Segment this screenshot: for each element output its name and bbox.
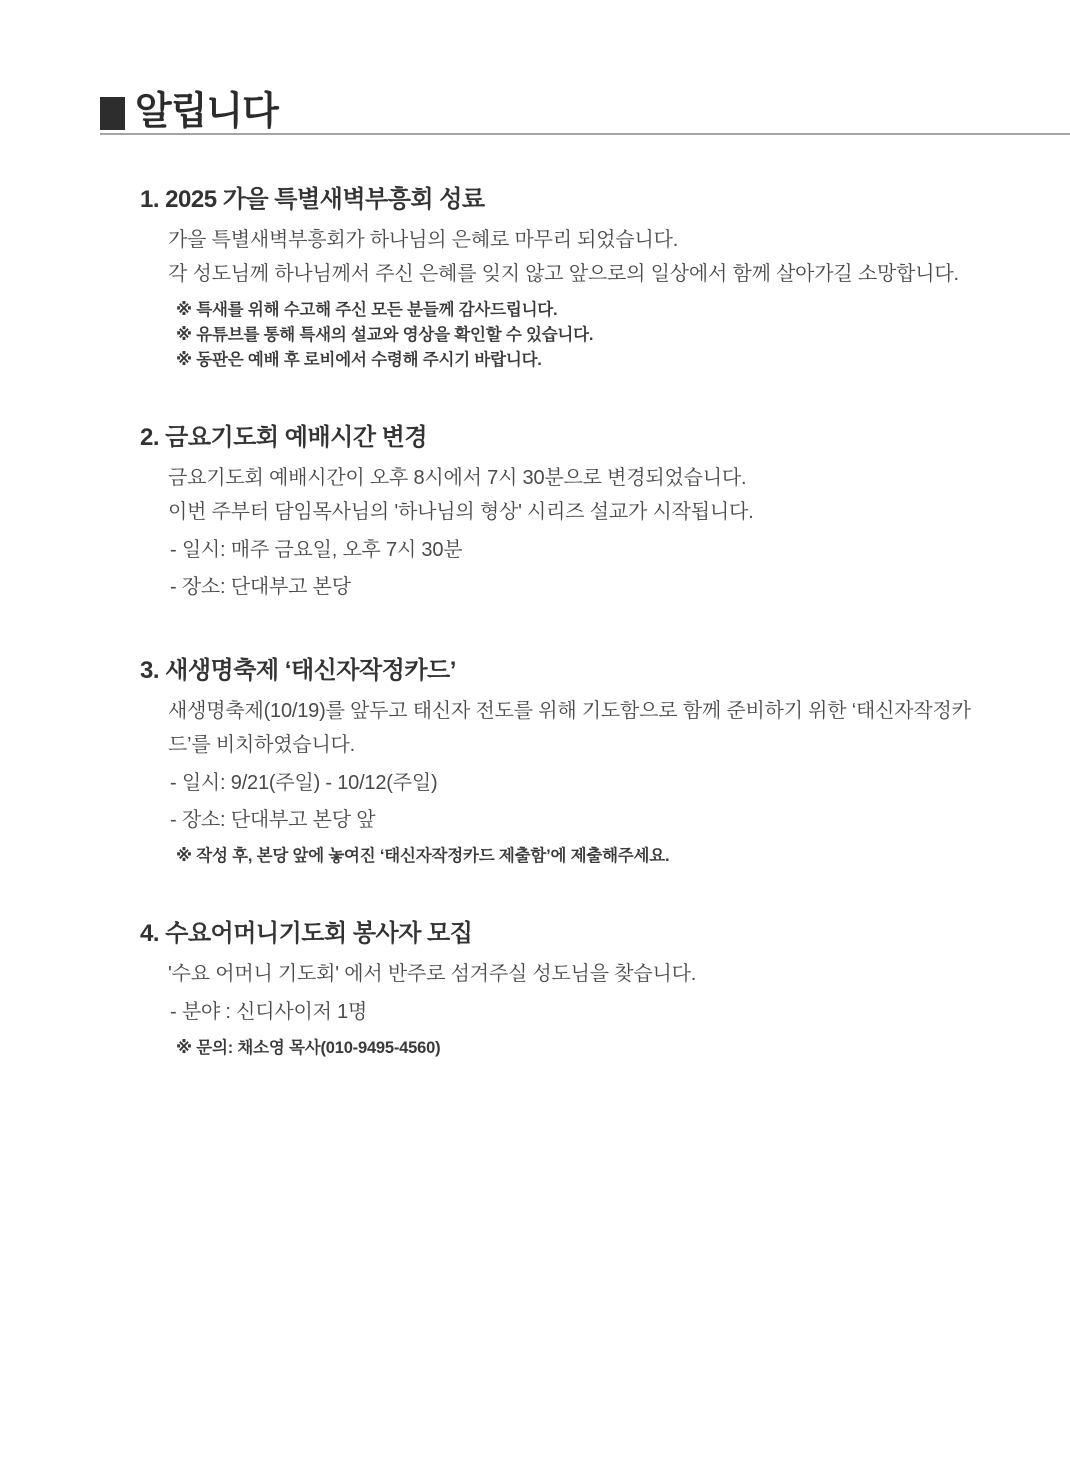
announcement-sections: 1. 2025 가을 특별새벽부흥회 성료 가을 특별새벽부흥회가 하나님의 은… [140,185,1040,1061]
section-new-life-festival-card: 3. 새생명축제 ‘태신자작정카드’ 새생명축제(10/19)를 앞두고 태신자… [140,656,1040,869]
section-heading: 4. 수요어머니기도회 봉사자 모집 [140,919,1040,949]
note-line: ※ 작성 후, 본당 앞에 놓여진 ‘태신자작정카드 제출함’에 제출해주세요. [176,844,1040,869]
section-paragraphs: 새생명축제(10/19)를 앞두고 태신자 전도를 위해 기도함으로 함께 준비… [140,694,1040,762]
announcement-paragraph: '수요 어머니 기도회' 에서 반주로 섬겨주실 성도님을 찾습니다. [168,957,1008,991]
detail-line: - 일시: 매주 금요일, 오후 7시 30분 [170,532,1040,569]
section-paragraphs: 금요기도회 예배시간이 오후 8시에서 7시 30분으로 변경되었습니다. 이번… [140,461,1040,529]
note-line: ※ 문의: 채소영 목사(010-9495-4560) [176,1036,1040,1061]
note-line: ※ 특새를 위해 수고해 주신 모든 분들께 감사드립니다. [176,298,1040,323]
announcement-document: 알립니다 1. 2025 가을 특별새벽부흥회 성료 가을 특별새벽부흥회가 하… [0,0,1070,1061]
note-line: ※ 유튜브를 통해 특새의 설교와 영상을 확인할 수 있습니다. [176,323,1040,348]
section-fall-revival: 1. 2025 가을 특별새벽부흥회 성료 가을 특별새벽부흥회가 하나님의 은… [140,185,1040,373]
page-title: 알립니다 [135,94,278,131]
title-bullet-square-icon [100,97,125,130]
section-details: - 일시: 9/21(주일) - 10/12(주일) - 장소: 단대부고 본당… [140,765,1040,839]
section-paragraphs: '수요 어머니 기도회' 에서 반주로 섬겨주실 성도님을 찾습니다. [140,957,1040,991]
announcement-paragraph: 이번 주부터 담임목사님의 '하나님의 형상' 시리즈 설교가 시작됩니다. [168,495,1008,529]
announcement-paragraph: 가을 특별새벽부흥회가 하나님의 은혜로 마무리 되었습니다. [168,223,1008,257]
section-heading: 1. 2025 가을 특별새벽부흥회 성료 [140,185,1040,215]
detail-line: - 장소: 단대부고 본당 [170,569,1040,606]
announcement-paragraph: 새생명축제(10/19)를 앞두고 태신자 전도를 위해 기도함으로 함께 준비… [168,694,1008,762]
detail-line: - 분야 : 신디사이저 1명 [170,994,1040,1031]
section-heading: 3. 새생명축제 ‘태신자작정카드’ [140,656,1040,686]
detail-line: - 일시: 9/21(주일) - 10/12(주일) [170,765,1040,802]
announcement-paragraph: 각 성도님께 하나님께서 주신 은혜를 잊지 않고 앞으로의 일상에서 함께 살… [168,257,1008,291]
section-paragraphs: 가을 특별새벽부흥회가 하나님의 은혜로 마무리 되었습니다. 각 성도님께 하… [140,223,1040,291]
section-wednesday-mothers-prayer-volunteers: 4. 수요어머니기도회 봉사자 모집 '수요 어머니 기도회' 에서 반주로 섬… [140,919,1040,1061]
announcement-paragraph: 금요기도회 예배시간이 오후 8시에서 7시 30분으로 변경되었습니다. [168,461,1008,495]
section-notes: ※ 문의: 채소영 목사(010-9495-4560) [140,1036,1040,1061]
section-heading: 2. 금요기도회 예배시간 변경 [140,423,1040,453]
section-notes: ※ 특새를 위해 수고해 주신 모든 분들께 감사드립니다. ※ 유튜브를 통해… [140,298,1040,373]
section-details: - 일시: 매주 금요일, 오후 7시 30분 - 장소: 단대부고 본당 [140,532,1040,606]
detail-line: - 장소: 단대부고 본당 앞 [170,802,1040,839]
document-header: 알립니다 [100,94,1070,135]
note-line: ※ 동판은 예배 후 로비에서 수령해 주시기 바랍니다. [176,348,1040,373]
section-friday-prayer-time-change: 2. 금요기도회 예배시간 변경 금요기도회 예배시간이 오후 8시에서 7시 … [140,423,1040,606]
section-details: - 분야 : 신디사이저 1명 [140,994,1040,1031]
section-notes: ※ 작성 후, 본당 앞에 놓여진 ‘태신자작정카드 제출함’에 제출해주세요. [140,844,1040,869]
